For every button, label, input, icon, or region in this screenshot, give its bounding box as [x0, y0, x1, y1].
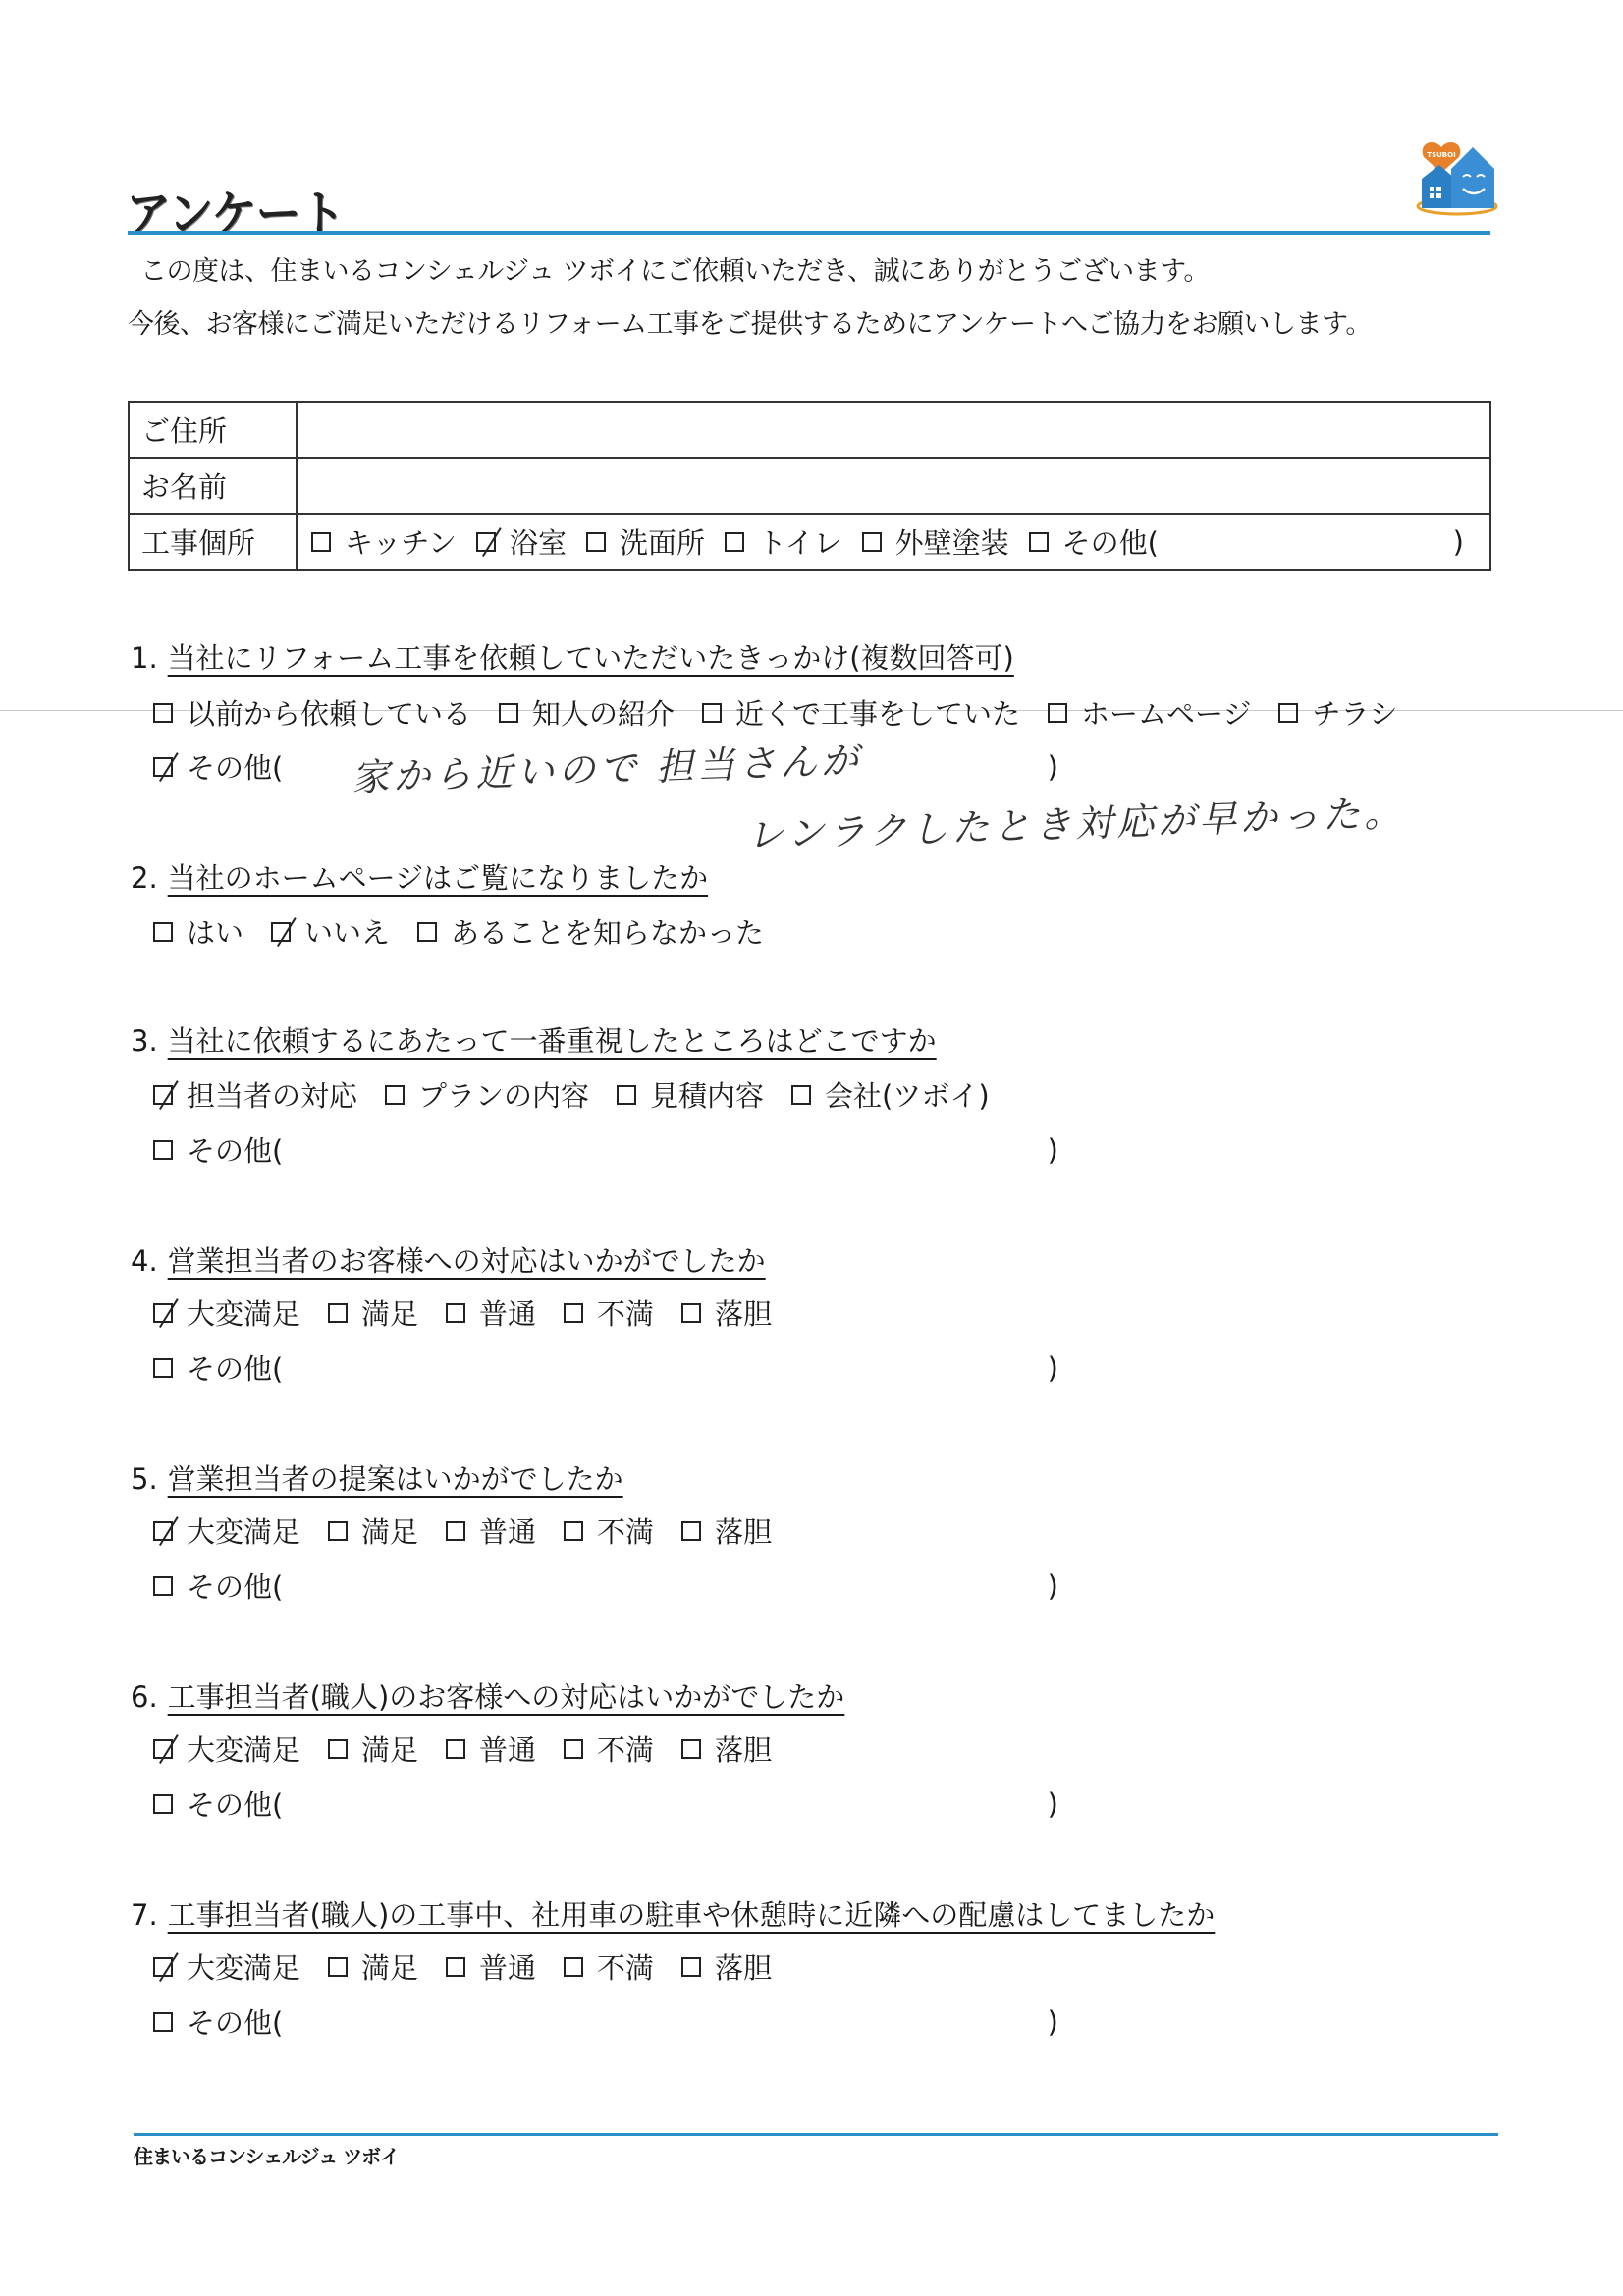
option-label: トイレ	[758, 521, 842, 562]
checkbox-icon[interactable]	[1029, 532, 1049, 552]
q6-other-row: その他( )	[153, 1783, 1058, 1824]
checkbox-icon[interactable]	[417, 922, 437, 942]
checkbox-icon[interactable]	[328, 1521, 348, 1541]
header-rule	[128, 231, 1490, 235]
question-text: 当社にリフォーム工事を依頼していただいたきっかけ(複数回答可)	[168, 641, 1014, 675]
q1-option-previous[interactable]: 以前から依頼している	[153, 692, 471, 733]
q2-option-yes[interactable]: はい	[153, 911, 243, 952]
option-label: 大変満足	[187, 1510, 300, 1551]
question-number: 3.	[131, 1024, 158, 1058]
q4-option-dissatisfied[interactable]: 不満	[564, 1292, 654, 1333]
option-label: 外壁塗装	[895, 521, 1009, 562]
question-1: 1.当社にリフォーム工事を依頼していただいたきっかけ(複数回答可)	[131, 636, 1014, 677]
question-number: 5.	[131, 1462, 158, 1496]
option-label: 見積内容	[650, 1074, 764, 1115]
option-label: 不満	[597, 1292, 654, 1333]
q2-options: はい いいえ あることを知らなかった	[153, 911, 791, 952]
name-row: お名前	[129, 458, 1490, 514]
q6-option-neutral[interactable]: 普通	[446, 1728, 536, 1769]
address-field[interactable]	[297, 402, 1490, 458]
q1-option-referral[interactable]: 知人の紹介	[499, 692, 675, 733]
question-text: 当社のホームページはご覧になりましたか	[168, 861, 708, 895]
q3-option-company[interactable]: 会社(ツボイ)	[791, 1074, 990, 1115]
option-label: 普通	[479, 1728, 536, 1769]
intro-line-1: この度は、住まいるコンシェルジュ ツボイにご依頼いただき、誠にありがとうございま…	[140, 249, 1210, 288]
checkbox-icon[interactable]	[862, 532, 882, 552]
checkbox-icon[interactable]	[153, 1576, 173, 1596]
q4-option-neutral[interactable]: 普通	[446, 1292, 536, 1333]
checkbox-icon[interactable]	[702, 703, 722, 723]
q3-option-estimate[interactable]: 見積内容	[617, 1074, 764, 1115]
option-label: 満足	[361, 1510, 418, 1551]
checkbox-icon[interactable]	[153, 2012, 173, 2032]
checked-checkbox-icon[interactable]	[153, 1303, 173, 1323]
checked-checkbox-icon[interactable]	[476, 532, 496, 552]
question-5: 5.営業担当者の提案はいかがでしたか	[131, 1457, 623, 1498]
q5-option-satisfied[interactable]: 満足	[328, 1510, 418, 1551]
q7-option-disappointed[interactable]: 落胆	[681, 1946, 772, 1987]
question-text: 工事担当者(職人)のお客様への対応はいかがでしたか	[168, 1680, 845, 1714]
checkbox-icon[interactable]	[725, 532, 744, 552]
option-label: その他(	[187, 1129, 283, 1170]
option-label: 満足	[361, 1946, 418, 1987]
q4-other-row: その他( )	[153, 1347, 1058, 1388]
q7-option-neutral[interactable]: 普通	[446, 1946, 536, 1987]
option-label: 普通	[479, 1946, 536, 1987]
option-label: いいえ	[304, 911, 390, 952]
location-option-washroom[interactable]: 洗面所	[586, 521, 705, 562]
option-label: 落胆	[715, 1510, 772, 1551]
checkbox-icon[interactable]	[564, 1739, 583, 1759]
option-label: その他(	[187, 2001, 283, 2042]
checked-checkbox-icon[interactable]	[153, 1521, 173, 1541]
q1-options: 以前から依頼している 知人の紹介 近くで工事をしていた ホームページ チラシ	[153, 692, 1425, 733]
location-option-kitchen[interactable]: キッチン	[311, 521, 457, 562]
close-paren: )	[1048, 2005, 1058, 2039]
question-number: 1.	[131, 641, 158, 675]
checkbox-icon[interactable]	[564, 1303, 583, 1323]
checkbox-icon[interactable]	[617, 1085, 636, 1105]
option-label: 普通	[479, 1510, 536, 1551]
q4-option-disappointed[interactable]: 落胆	[681, 1292, 772, 1333]
q4-option-other[interactable]: その他(	[153, 1347, 283, 1388]
question-number: 6.	[131, 1680, 158, 1714]
question-6: 6.工事担当者(職人)のお客様への対応はいかがでしたか	[131, 1675, 844, 1716]
q6-option-disappointed[interactable]: 落胆	[681, 1728, 772, 1769]
page-title: アンケート	[126, 175, 345, 246]
location-option-toilet[interactable]: トイレ	[725, 521, 842, 562]
option-label: はい	[187, 911, 243, 952]
close-paren: )	[1048, 1569, 1058, 1603]
q3-option-other[interactable]: その他(	[153, 1129, 283, 1170]
q6-option-satisfied[interactable]: 満足	[328, 1728, 418, 1769]
option-label: 洗面所	[620, 521, 705, 562]
option-label: プランの内容	[418, 1074, 589, 1115]
checkbox-icon[interactable]	[153, 1140, 173, 1160]
checked-checkbox-icon[interactable]	[153, 1085, 173, 1105]
q6-options: 大変満足 満足 普通 不満 落胆	[153, 1728, 799, 1769]
q5-option-neutral[interactable]: 普通	[446, 1510, 536, 1551]
question-number: 7.	[131, 1898, 158, 1932]
question-7: 7.工事担当者(職人)の工事中、社用車の駐車や休憩時に近隣への配慮はしてましたか	[131, 1893, 1215, 1934]
checkbox-icon[interactable]	[499, 703, 518, 723]
address-row: ご住所	[129, 402, 1490, 458]
option-label: 不満	[597, 1728, 654, 1769]
close-paren: )	[1048, 1787, 1058, 1821]
question-text: 営業担当者の提案はいかがでしたか	[168, 1462, 623, 1496]
checkbox-icon[interactable]	[446, 1957, 465, 1977]
checkbox-icon[interactable]	[328, 1303, 348, 1323]
option-label: その他(	[187, 1347, 283, 1388]
checkbox-icon[interactable]	[586, 532, 606, 552]
q6-option-dissatisfied[interactable]: 不満	[564, 1728, 654, 1769]
option-label: 以前から依頼している	[187, 692, 471, 733]
question-4: 4.営業担当者のお客様への対応はいかがでしたか	[131, 1239, 766, 1280]
checked-checkbox-icon[interactable]	[153, 1957, 173, 1977]
intro-line-2: 今後、お客様にご満足いただけるリフォーム工事をご提供するためにアンケートへご協力…	[128, 302, 1372, 341]
checkbox-icon[interactable]	[328, 1957, 348, 1977]
q3-options: 担当者の対応 プランの内容 見積内容 会社(ツボイ)	[153, 1074, 1017, 1115]
q4-option-satisfied[interactable]: 満足	[328, 1292, 418, 1333]
checkbox-icon[interactable]	[681, 1303, 701, 1323]
q6-option-other[interactable]: その他(	[153, 1783, 283, 1824]
location-options: キッチン 浴室 洗面所 トイレ 外壁塗装 その他( )	[297, 514, 1490, 570]
q5-option-other[interactable]: その他(	[153, 1565, 283, 1606]
close-paren: )	[1048, 750, 1058, 784]
q2-option-unaware[interactable]: あることを知らなかった	[417, 911, 764, 952]
option-label: 知人の紹介	[532, 692, 675, 733]
q3-option-plan[interactable]: プランの内容	[385, 1074, 589, 1115]
checkbox-icon[interactable]	[153, 922, 173, 942]
option-label: 担当者の対応	[187, 1074, 357, 1115]
location-label: 工事個所	[129, 514, 297, 570]
q2-option-no[interactable]: いいえ	[271, 911, 390, 952]
option-label: 大変満足	[187, 1292, 300, 1333]
option-label: その他(	[187, 1565, 283, 1606]
house-heart-logo-icon: TSUBOI	[1412, 139, 1502, 218]
customer-info-table: ご住所 お名前 工事個所 キッチン 浴室 洗面所 トイレ 外壁塗装 その他( )	[128, 401, 1491, 571]
checkbox-icon[interactable]	[446, 1521, 465, 1541]
q7-option-very-satisfied[interactable]: 大変満足	[153, 1946, 300, 1987]
option-label: その他(	[1062, 521, 1159, 562]
option-label: 落胆	[715, 1292, 772, 1333]
q5-option-very-satisfied[interactable]: 大変満足	[153, 1510, 300, 1551]
checkbox-icon[interactable]	[564, 1957, 583, 1977]
checked-checkbox-icon[interactable]	[153, 757, 173, 777]
checkbox-icon[interactable]	[385, 1085, 405, 1105]
q1-handwritten-answer-line-2[interactable]: レンラクしたとき対応が早かった。	[745, 782, 1406, 858]
q1-option-flyer[interactable]: チラシ	[1278, 692, 1397, 733]
option-label: 満足	[361, 1292, 418, 1333]
location-option-bathroom[interactable]: 浴室	[476, 521, 567, 562]
checkbox-icon[interactable]	[153, 1358, 173, 1378]
footer-company-name: 住まいるコンシェルジュ ツボイ	[134, 2141, 399, 2169]
option-label: あることを知らなかった	[451, 911, 764, 952]
option-label: その他(	[187, 746, 283, 787]
checkbox-icon[interactable]	[1278, 703, 1298, 723]
checkbox-icon[interactable]	[328, 1739, 348, 1759]
close-paren: )	[1048, 1133, 1058, 1167]
option-label: 不満	[597, 1510, 654, 1551]
checkbox-icon[interactable]	[791, 1085, 811, 1105]
q4-options: 大変満足 満足 普通 不満 落胆	[153, 1292, 799, 1333]
option-label: 満足	[361, 1728, 418, 1769]
question-text: 当社に依頼するにあたって一番重視したところはどこですか	[168, 1024, 937, 1058]
q5-option-dissatisfied[interactable]: 不満	[564, 1510, 654, 1551]
option-label: キッチン	[345, 521, 457, 562]
q1-option-other[interactable]: その他(	[153, 746, 283, 787]
checkbox-icon[interactable]	[681, 1957, 701, 1977]
name-label: お名前	[129, 458, 297, 514]
q4-option-very-satisfied[interactable]: 大変満足	[153, 1292, 300, 1333]
checkbox-icon[interactable]	[681, 1521, 701, 1541]
name-field[interactable]	[297, 458, 1490, 514]
location-option-exterior-paint[interactable]: 外壁塗装	[862, 521, 1009, 562]
q7-other-row: その他( )	[153, 2001, 1058, 2042]
q5-options: 大変満足 満足 普通 不満 落胆	[153, 1510, 799, 1551]
q1-option-nearby-work[interactable]: 近くで工事をしていた	[702, 692, 1020, 733]
close-paren: )	[1453, 525, 1464, 559]
option-label: 落胆	[715, 1946, 772, 1987]
option-label: 大変満足	[187, 1728, 300, 1769]
q7-option-dissatisfied[interactable]: 不満	[564, 1946, 654, 1987]
q3-other-row: その他( )	[153, 1129, 1058, 1170]
q7-option-other[interactable]: その他(	[153, 2001, 283, 2042]
option-label: ホームページ	[1081, 692, 1251, 733]
option-label: その他(	[187, 1783, 283, 1824]
checkbox-icon[interactable]	[311, 532, 331, 552]
question-number: 4.	[131, 1244, 158, 1278]
checkbox-icon[interactable]	[564, 1521, 583, 1541]
checkbox-icon[interactable]	[446, 1739, 465, 1759]
footer-rule	[134, 2133, 1498, 2136]
q1-handwritten-answer-line-1[interactable]: 家から近いので 担当さんが	[351, 730, 863, 801]
location-option-other[interactable]: その他(	[1029, 521, 1159, 562]
q6-option-very-satisfied[interactable]: 大変満足	[153, 1728, 300, 1769]
checkbox-icon[interactable]	[446, 1303, 465, 1323]
question-number: 2.	[131, 861, 158, 895]
question-2: 2.当社のホームページはご覧になりましたか	[131, 856, 708, 897]
option-label: 浴室	[510, 521, 567, 562]
svg-text:TSUBOI: TSUBOI	[1427, 151, 1455, 159]
option-label: 会社(ツボイ)	[825, 1074, 990, 1115]
option-label: 不満	[597, 1946, 654, 1987]
option-label: チラシ	[1312, 692, 1397, 733]
checked-checkbox-icon[interactable]	[271, 922, 291, 942]
q7-options: 大変満足 満足 普通 不満 落胆	[153, 1946, 799, 1987]
option-label: 近くで工事をしていた	[735, 692, 1020, 733]
q7-option-satisfied[interactable]: 満足	[328, 1946, 418, 1987]
q5-other-row: その他( )	[153, 1565, 1058, 1606]
checkbox-icon[interactable]	[681, 1739, 701, 1759]
option-label: 大変満足	[187, 1946, 300, 1987]
question-3: 3.当社に依頼するにあたって一番重視したところはどこですか	[131, 1019, 937, 1060]
q3-option-staff-response[interactable]: 担当者の対応	[153, 1074, 357, 1115]
checkbox-icon[interactable]	[1048, 703, 1067, 723]
checkbox-icon[interactable]	[153, 1794, 173, 1814]
checked-checkbox-icon[interactable]	[153, 1739, 173, 1759]
q1-option-homepage[interactable]: ホームページ	[1048, 692, 1251, 733]
option-label: 落胆	[715, 1728, 772, 1769]
question-text: 営業担当者のお客様への対応はいかがでしたか	[168, 1244, 766, 1278]
address-label: ご住所	[129, 402, 297, 458]
location-row: 工事個所 キッチン 浴室 洗面所 トイレ 外壁塗装 その他( )	[129, 514, 1490, 570]
question-text: 工事担当者(職人)の工事中、社用車の駐車や休憩時に近隣への配慮はしてましたか	[168, 1898, 1216, 1932]
close-paren: )	[1048, 1351, 1058, 1385]
q5-option-disappointed[interactable]: 落胆	[681, 1510, 772, 1551]
checkbox-icon[interactable]	[153, 703, 173, 723]
option-label: 普通	[479, 1292, 536, 1333]
